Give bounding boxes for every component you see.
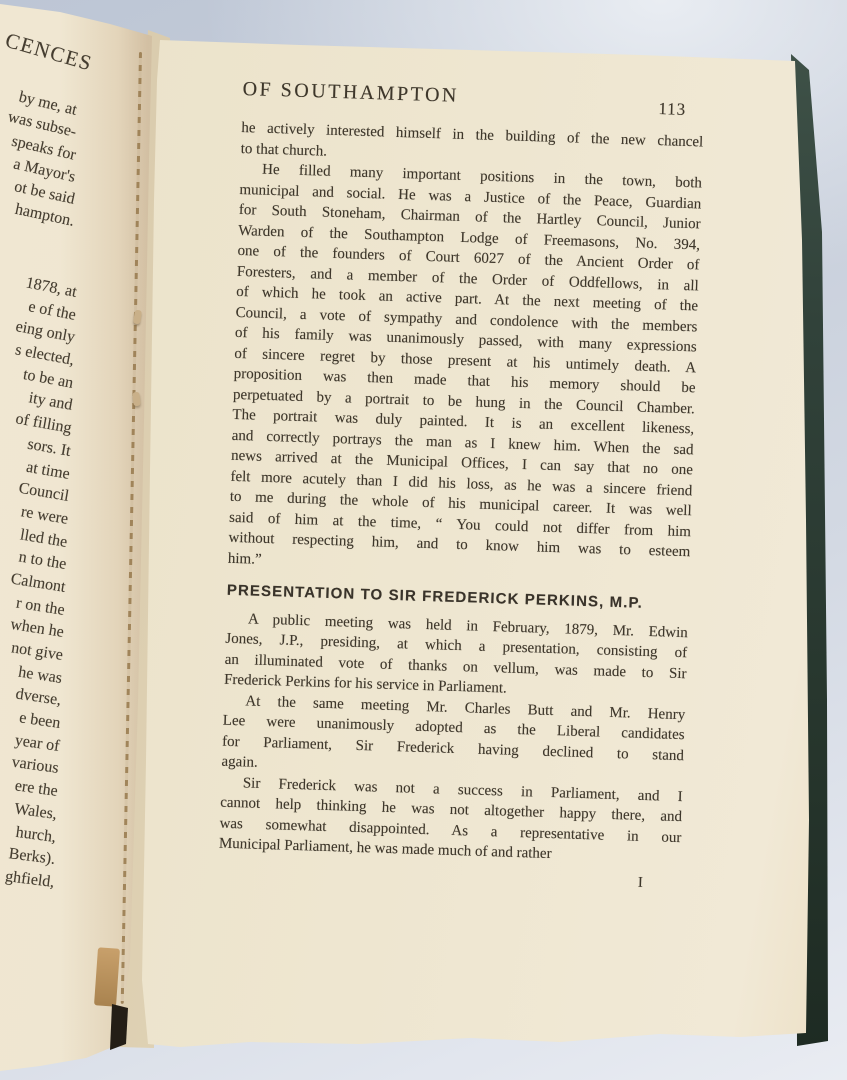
paragraph: He filled many important positions in th… <box>228 159 703 583</box>
paragraph: Sir Frederick was not a success in Parli… <box>219 772 683 868</box>
page-number: 113 <box>658 99 686 120</box>
page-body: he actively interested himself in the bu… <box>218 118 704 894</box>
paragraph: At the same meeting Mr. Charles Butt and… <box>221 690 685 786</box>
running-head-row: OF SOUTHAMPTON 113 <box>242 78 705 120</box>
paragraph: A public meeting was held in February, 1… <box>224 608 688 704</box>
right-page-content: OF SOUTHAMPTON 113 he actively intereste… <box>218 78 705 894</box>
left-page-text-fragments-bottom: 1878, ate of theeing onlys elected,to be… <box>0 284 76 897</box>
left-page-text-fragments-top: by me, atwas subse-speaks fora Mayor'sot… <box>0 102 76 236</box>
book-photo: CENCES by me, atwas subse-speaks fora Ma… <box>0 0 847 1080</box>
left-running-head-fragment: CENCES <box>0 25 95 77</box>
spine-tape-patch <box>94 947 120 1006</box>
thread-knot <box>132 392 140 407</box>
running-head: OF SOUTHAMPTON <box>242 78 459 107</box>
